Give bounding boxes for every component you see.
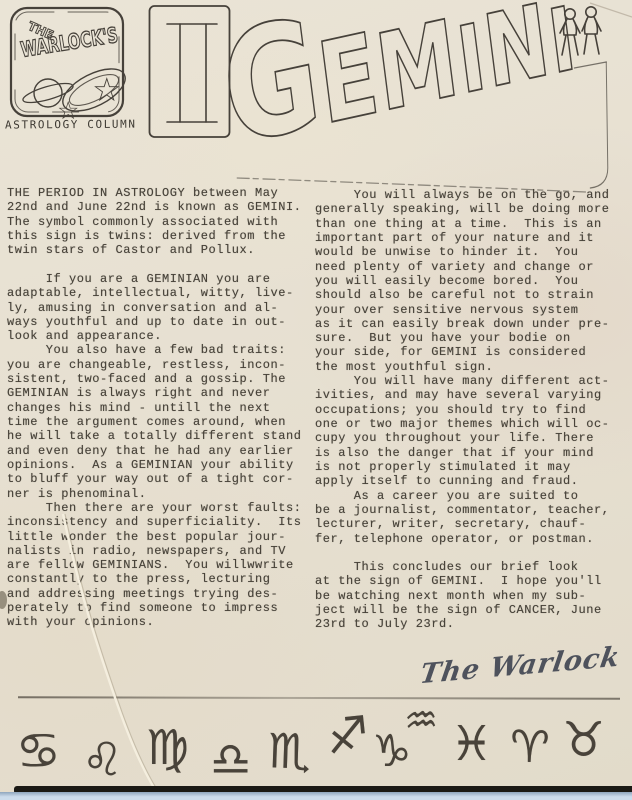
scanner-background-strip — [0, 792, 632, 800]
scanned-page: THE WARLOCK'S ☆ ☆ ASTROLOGY COLUMN G E M — [0, 0, 632, 800]
signature: The Warlock — [418, 641, 632, 691]
star-icon: ☆ — [92, 71, 122, 108]
warlocks-logo: THE WARLOCK'S ☆ ☆ — [8, 5, 126, 119]
article-right-column: You will always be on the go, and genera… — [315, 188, 610, 632]
gemini-title: G E M I N I — [228, 2, 572, 198]
zodiac-scorpio-icon: ♏ — [267, 723, 312, 780]
zodiac-virgo-icon: ♍ — [146, 720, 189, 776]
zodiac-sagittarius-icon: ♐ — [323, 706, 372, 766]
zodiac-libra-icon: ♎ — [210, 732, 251, 786]
zodiac-leo-icon: ♌ — [81, 731, 125, 787]
title-text: G E M I N I — [213, 0, 582, 180]
zodiac-pisces-icon: ♓ — [450, 716, 493, 772]
zodiac-taurus-icon: ♉ — [562, 712, 605, 768]
zodiac-aries-icon: ♈ — [509, 721, 550, 773]
ink-smudge — [0, 591, 7, 609]
zodiac-cancer-icon: ♋ — [14, 721, 63, 782]
divider-line — [18, 696, 620, 699]
zodiac-aquarius-icon: ♒ — [403, 697, 439, 743]
article-left-column: THE PERIOD IN ASTROLOGY between May 22nd… — [7, 186, 302, 630]
gemini-symbol-icon — [167, 24, 217, 122]
logo-caption: ASTROLOGY COLUMN — [5, 117, 155, 131]
gemini-twins-icon — [558, 3, 608, 63]
